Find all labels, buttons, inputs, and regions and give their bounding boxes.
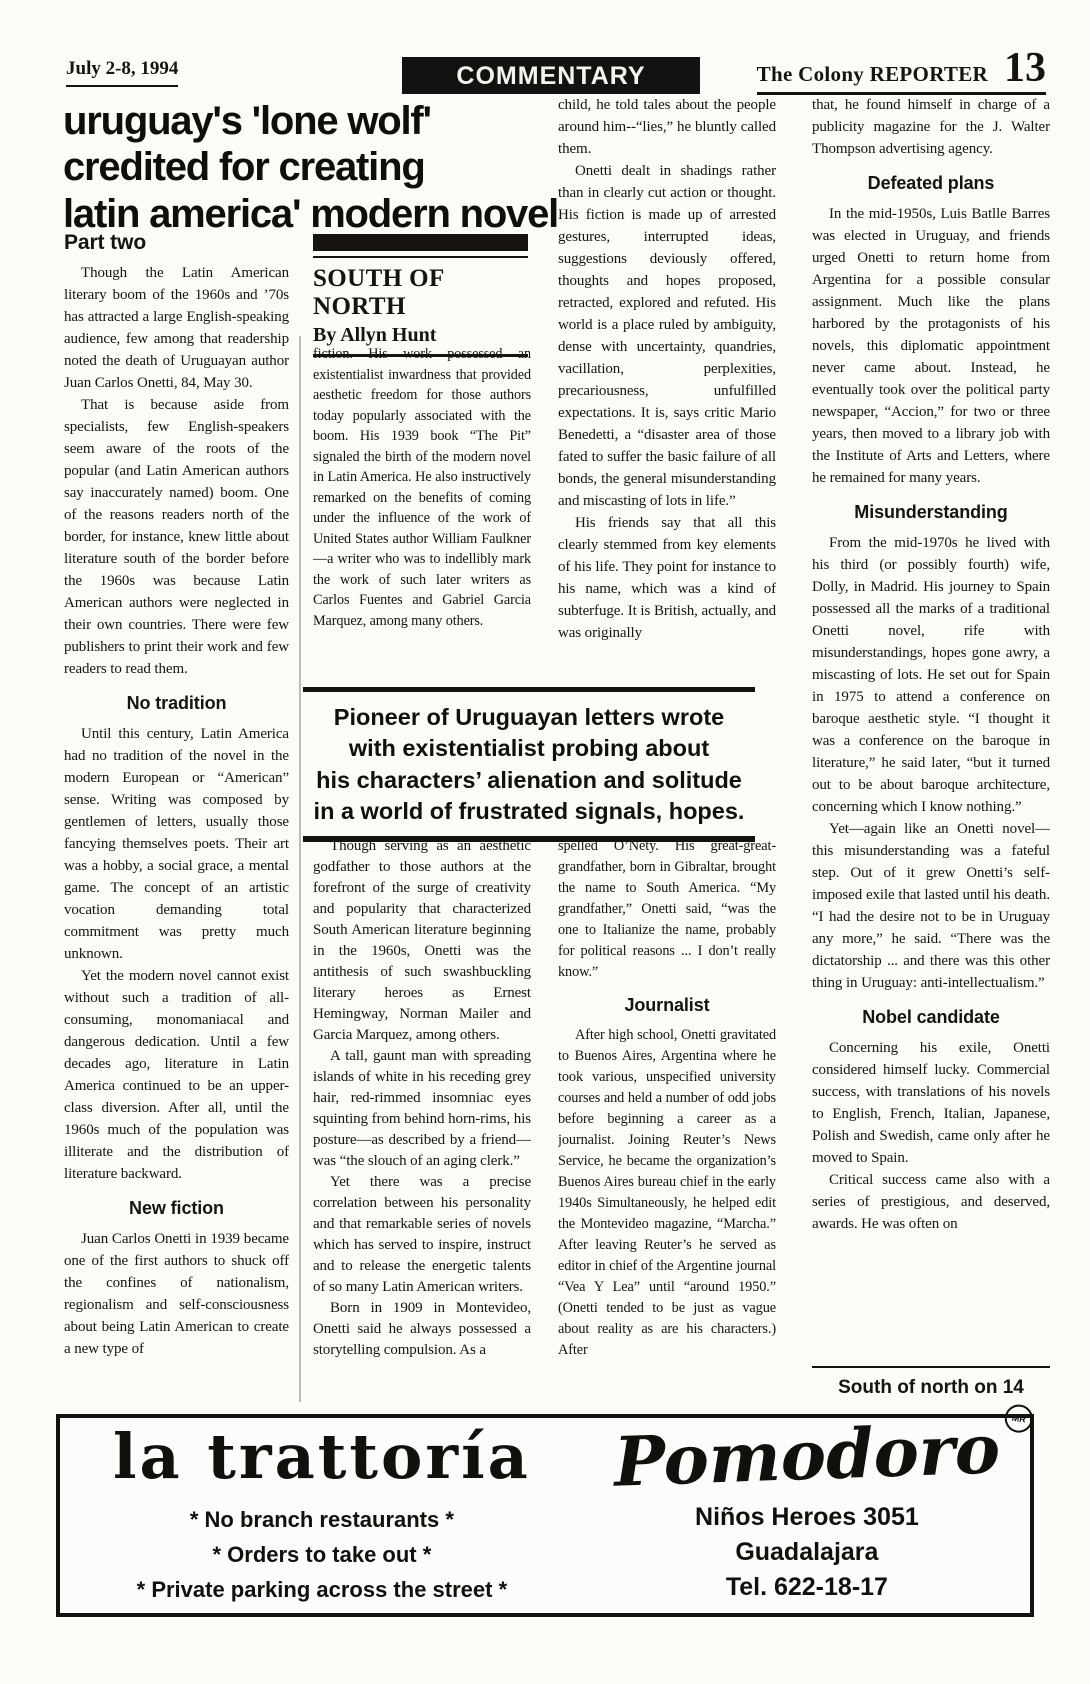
column-3-bottom: spelled O’Nety. His great-great-grandfat… (558, 836, 776, 1412)
decorative-black-bar (313, 234, 528, 251)
article-paragraph: A tall, gaunt man with spreading islands… (313, 1046, 531, 1172)
section-heading: Nobel candidate (812, 1006, 1050, 1028)
paper-name: The Colony REPORTER (757, 62, 988, 87)
article-paragraph: Critical success came also with a series… (812, 1169, 1050, 1235)
text-line: * No branch restaurants * (137, 1502, 508, 1537)
text-line: latin america' modern novel (63, 191, 563, 237)
ad-bullet-list: * No branch restaurants ** Orders to tak… (137, 1502, 508, 1608)
text-line: uruguay's 'lone wolf' (63, 98, 563, 144)
ad-logo-pomodoro-text: Pomodoro (613, 1409, 1002, 1502)
article-paragraph: His friends say that all this clearly st… (558, 512, 776, 644)
column-title: SOUTH OF NORTH (313, 265, 528, 321)
article-paragraph: From the mid-1970s he lived with his thi… (812, 532, 1050, 818)
article-paragraph: Though serving as an aesthetic godfather… (313, 836, 531, 1046)
pull-quote: Pioneer of Uruguayan letters wrotewith e… (303, 687, 755, 842)
article-paragraph: Onetti dealt in shadings rather than in … (558, 160, 776, 512)
column-divider-rule (299, 336, 301, 1402)
column-3-top: child, he told tales about the people ar… (558, 94, 776, 682)
column-2-top: fiction. His work possessed an existenti… (313, 344, 531, 684)
section-heading: Defeated plans (812, 172, 1050, 194)
section-heading: Part two (64, 232, 289, 254)
text-line: his characters’ alienation and solitude (303, 765, 755, 796)
article-paragraph: Concerning his exile, Onetti considered … (812, 1037, 1050, 1169)
ad-logo-pomodoro: Pomodoro MR (613, 1415, 1001, 1496)
column-1: Part twoThough the Latin American litera… (64, 232, 289, 1412)
article-headline: uruguay's 'lone wolf'credited for creati… (63, 98, 563, 237)
continuation-line: South of north on 14 (812, 1366, 1050, 1399)
article-paragraph: That is because aside from specialists, … (64, 394, 289, 680)
ad-address-block: Niños Heroes 3051GuadalajaraTel. 622-18-… (695, 1500, 919, 1605)
text-line: Pioneer of Uruguayan letters wrote (303, 702, 755, 733)
article-paragraph: fiction. His work possessed an existenti… (313, 344, 531, 631)
article-paragraph: After high school, Onetti gravitated to … (558, 1025, 776, 1361)
article-paragraph: child, he told tales about the people ar… (558, 94, 776, 160)
section-banner-label: COMMENTARY (456, 62, 645, 90)
article-paragraph: spelled O’Nety. His great-great-grandfat… (558, 836, 776, 983)
section-heading: Misunderstanding (812, 501, 1050, 523)
thin-rule (313, 256, 528, 258)
article-paragraph: Born in 1909 in Montevideo, Onetti said … (313, 1298, 531, 1361)
column-header-box: SOUTH OF NORTH By Allyn Hunt (313, 234, 528, 357)
paper-name-block: The Colony REPORTER 13 (757, 50, 1046, 95)
article-paragraph: Juan Carlos Onetti in 1939 became one of… (64, 1228, 289, 1360)
column-4: that, he found himself in charge of a pu… (812, 94, 1050, 1360)
article-paragraph: Yet there was a precise correlation betw… (313, 1172, 531, 1298)
section-heading: Journalist (558, 995, 776, 1016)
newspaper-page: July 2-8, 1994 COMMENTARY The Colony REP… (0, 0, 1090, 1684)
ad-left-half: la trattoría * No branch restaurants ** … (60, 1418, 584, 1613)
article-paragraph: Until this century, Latin America had no… (64, 723, 289, 965)
section-banner: COMMENTARY (402, 57, 700, 94)
text-line: with existentialist probing about (303, 733, 755, 764)
article-paragraph: that, he found himself in charge of a pu… (812, 94, 1050, 160)
text-line: in a world of frustrated signals, hopes. (303, 796, 755, 827)
text-line: * Orders to take out * (137, 1537, 508, 1572)
ad-logo-la-trattoria: la trattoría (113, 1426, 531, 1488)
text-line: Niños Heroes 3051 (695, 1500, 919, 1535)
text-line: Tel. 622-18-17 (695, 1570, 919, 1605)
issue-date: July 2-8, 1994 (66, 58, 178, 87)
article-paragraph: Yet the modern novel cannot exist withou… (64, 965, 289, 1185)
text-line: * Private parking across the street * (137, 1572, 508, 1607)
ad-right-half: Pomodoro MR Niños Heroes 3051Guadalajara… (584, 1418, 1030, 1613)
registered-trademark-icon: MR (1003, 1403, 1035, 1435)
page-number: 13 (1004, 50, 1046, 88)
section-heading: No tradition (64, 692, 289, 714)
column-2-bottom: Though serving as an aesthetic godfather… (313, 836, 531, 1412)
article-paragraph: Though the Latin American literary boom … (64, 262, 289, 394)
article-paragraph: Yet—again like an Onetti novel—this misu… (812, 818, 1050, 994)
article-paragraph: In the mid-1950s, Luis Batlle Barres was… (812, 203, 1050, 489)
text-line: credited for creating (63, 144, 563, 190)
text-line: Guadalajara (695, 1535, 919, 1570)
advertisement: la trattoría * No branch restaurants ** … (56, 1414, 1034, 1617)
section-heading: New fiction (64, 1197, 289, 1219)
